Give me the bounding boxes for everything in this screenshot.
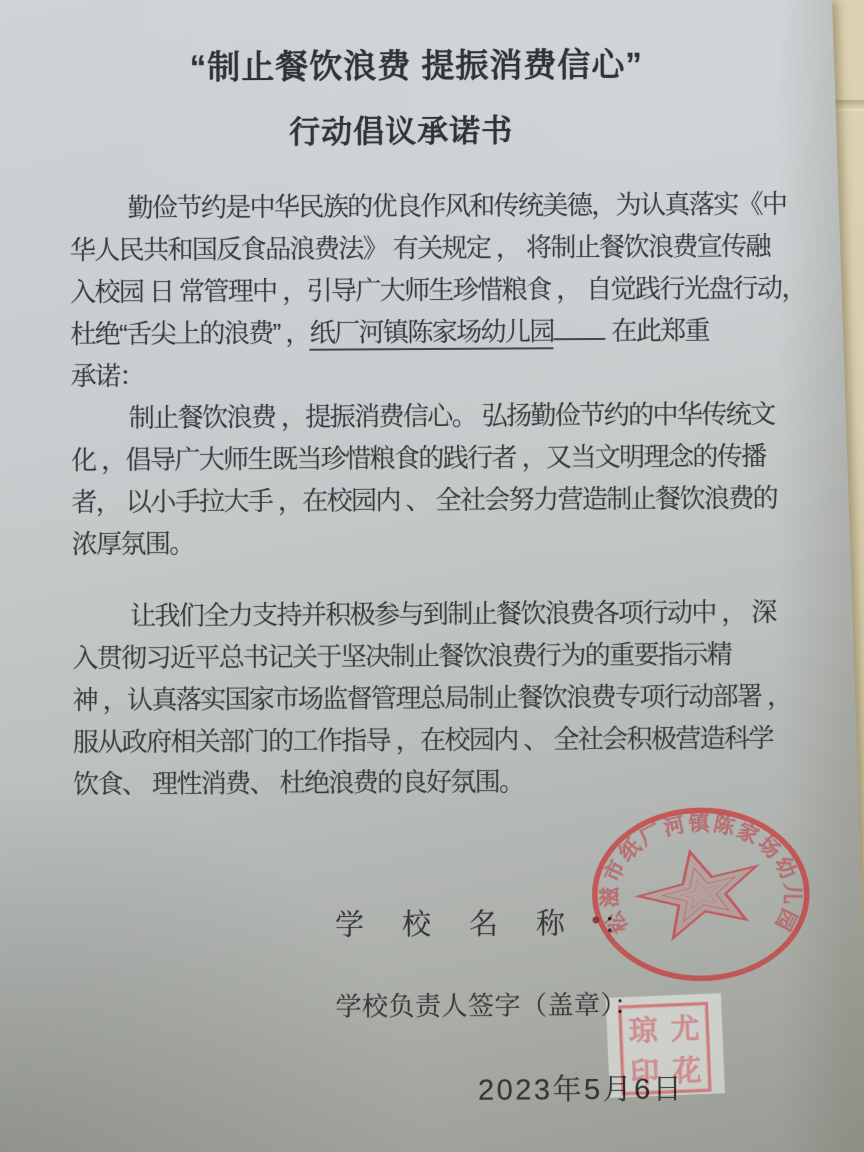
name-stamp-char: 花 — [665, 1047, 709, 1091]
body-line: 服从政府相关部门的工作指导 ，在校园内 、 全社会积极营造科学 — [73, 717, 803, 763]
seal-ink-speck — [592, 916, 599, 923]
body-line: 入贯彻习近平总书记关于坚决制止餐饮浪费行为的重要指示精 — [72, 633, 802, 679]
name-stamp-char: 印 — [623, 1049, 667, 1093]
body-line: 入校园 日 常管理中 ，引导广大师生珍惜粮食 ， 自觉践行光盘行动， — [70, 267, 800, 313]
body-line: 者， 以小手拉大手 ，在校园内 、 全社会努力营造制止餐饮浪费的 — [71, 477, 801, 523]
body-line-suffix: 在此郑重 — [606, 315, 709, 346]
document-title-line1: “制止餐饮浪费 提振消费信心” — [190, 39, 643, 89]
body-line: 华人民共和国反食品浪费法》 有关规定 ， 将制止餐饮浪费宣传融 — [70, 225, 800, 271]
body-line: 勤俭节约是中华民族的优良作风和传统美德，为认真落实《中 — [69, 183, 799, 229]
document-content: “制止餐饮浪费 提振消费信心” 行动倡议承诺书 勤俭节约是中华民族的优良作风和传… — [0, 0, 864, 1152]
body-line: 化 ，倡导广大师生既当珍惜粮食的践行者 ，又当文明理念的传播 — [71, 435, 801, 481]
underline-extension — [554, 312, 606, 340]
star-icon — [631, 837, 768, 944]
body-line: 让我们全力支持并积极参与到制止餐饮浪费各项行动中 ， 深 — [72, 591, 802, 637]
name-stamp-char: 琼 — [621, 1007, 665, 1051]
document-title-line2: 行动倡议承诺书 — [289, 105, 513, 151]
document-body: 勤俭节约是中华民族的优良作风和传统美德，为认真落实《中 华人民共和国反食品浪费法… — [69, 183, 803, 805]
principal-signature-row: 学校负责人签字（盖章）： — [335, 985, 640, 1024]
body-line: 制止餐饮浪费 ，提振消费信心。 弘扬勤俭节约的中华传统文 — [71, 393, 801, 439]
body-line-with-school-name: 杜绝“舌尖上的浪费” ，纸厂河镇陈家场幼儿园 在此郑重 — [70, 309, 800, 355]
school-name-underlined: 纸厂河镇陈家场幼儿园 — [310, 316, 554, 350]
paper-sheet: “制止餐饮浪费 提振消费信心” 行动倡议承诺书 勤俭节约是中华民族的优良作风和传… — [0, 0, 864, 1152]
paper-wrapper: “制止餐饮浪费 提振消费信心” 行动倡议承诺书 勤俭节约是中华民族的优良作风和传… — [0, 0, 864, 1152]
body-line: 浓厚氛围。 — [72, 519, 802, 565]
body-line: 承诺： — [70, 351, 800, 397]
body-line: 神 ，认真落实国家市场监督管理总局制止餐饮浪费专项行动部署 ， — [72, 675, 802, 721]
name-stamp-sticker: 琼 尤 印 花 — [606, 992, 726, 1098]
school-seal-stamp: 松滋市纸厂河镇陈家场幼儿园 — [587, 804, 814, 985]
name-stamp-char: 尤 — [663, 1005, 707, 1049]
body-line: 饮食、 理性消费、 杜绝浪费的良好氛围。 — [73, 759, 803, 805]
body-line-prefix: 杜绝“舌尖上的浪费” ， — [70, 318, 310, 349]
personal-name-seal: 琼 尤 印 花 — [618, 1002, 712, 1096]
